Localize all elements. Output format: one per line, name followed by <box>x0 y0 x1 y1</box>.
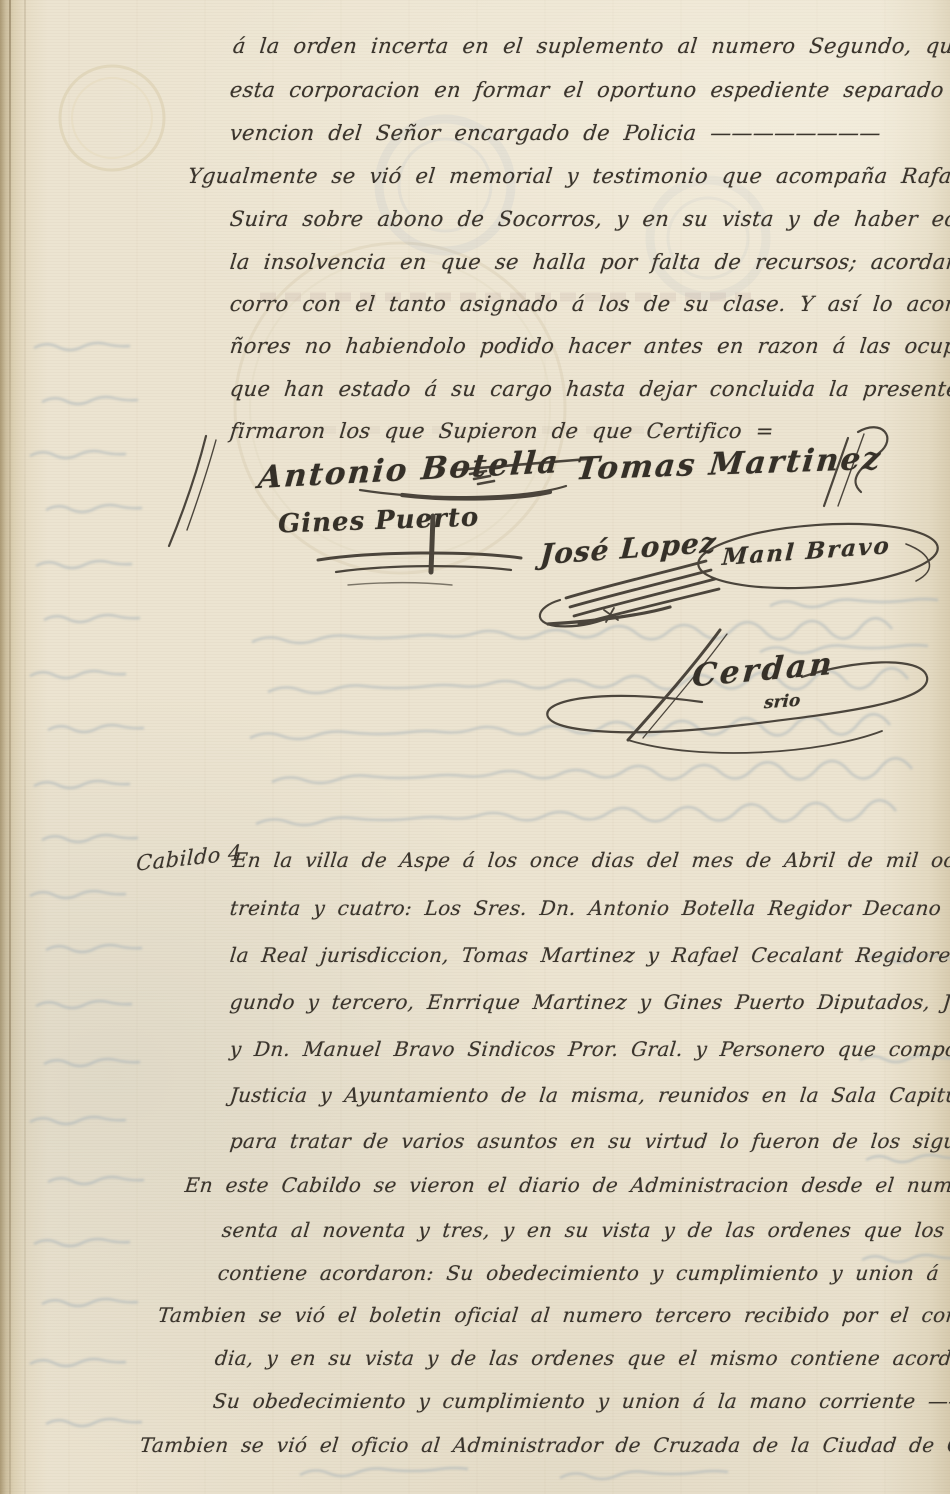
rubric-jose-lopez <box>540 561 719 626</box>
rubric-tomas-martinez <box>824 427 887 506</box>
rubric-antonio-botella <box>360 459 588 499</box>
ink-flourishes-layer <box>0 0 950 1494</box>
rubric-gines-puerto <box>318 516 521 585</box>
manuscript-page: á la orden incerta en el suplemento al n… <box>0 0 950 1494</box>
rubric-manuel-bravo <box>696 517 940 596</box>
rubric-cerdan <box>547 630 927 753</box>
opening-paraph <box>169 436 216 546</box>
